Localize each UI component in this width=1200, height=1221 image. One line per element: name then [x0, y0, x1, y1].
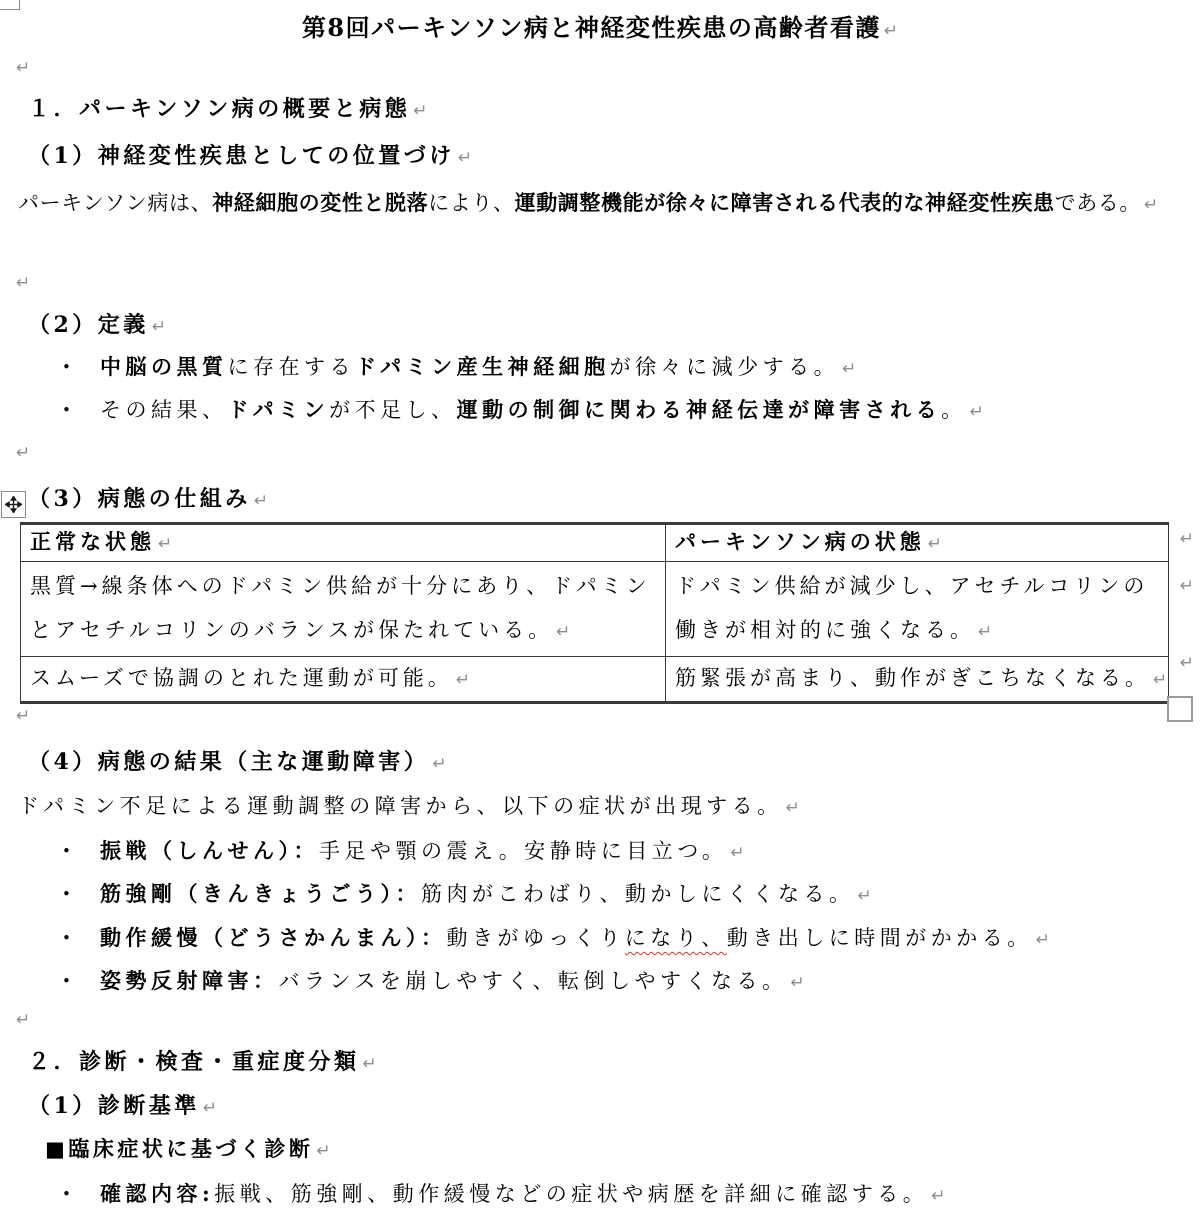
pilcrow-icon: ↵	[16, 1010, 30, 1030]
empty-paragraph[interactable]: ↵	[16, 58, 30, 78]
cell-parkinson-mechanism[interactable]: ドパミン供給が減少し、アセチルコリンの 働きが相対的に強くなる。↵	[666, 562, 1169, 657]
empty-paragraph[interactable]: ↵	[16, 273, 30, 293]
spellcheck-underline: になり、	[625, 926, 727, 950]
pilcrow-icon: ↵	[931, 1186, 945, 1206]
pilcrow-icon: ↵	[158, 534, 172, 554]
table-resize-handle[interactable]	[1167, 696, 1193, 722]
confirmation-bullet[interactable]: •確認内容:振戦、筋強剛、動作緩慢などの症状や病歴を詳細に確認する。↵	[62, 1178, 946, 1208]
pilcrow-icon: ↵	[786, 798, 800, 818]
pilcrow-icon: ↵	[1036, 930, 1050, 950]
table-row: スムーズで協調のとれた運動が可能。↵ 筋緊張が高まり、動作がぎこちなくなる。↵	[21, 657, 1169, 703]
pilcrow-icon: ↵	[730, 843, 744, 863]
bullet-icon: •	[62, 885, 100, 903]
pathology-table: 正常な状態↵ パーキンソン病の状態↵ 黒質→線条体へのドパミン供給が十分にあり、…	[20, 522, 1169, 704]
document-page: 第8回パーキンソン病と神経変性疾患の高齢者看護↵ ↵ １．パーキンソン病の概要と…	[0, 0, 1200, 1221]
pilcrow-icon: ↵	[254, 491, 268, 511]
table-row: 黒質→線条体へのドパミン供給が十分にあり、ドパミン とアセチルコリンのバランスが…	[21, 562, 1169, 657]
pathology-table-zone: 正常な状態↵ パーキンソン病の状態↵ 黒質→線条体へのドパミン供給が十分にあり、…	[20, 522, 1168, 704]
pilcrow-icon: ↵	[970, 402, 984, 422]
symptom-intro[interactable]: ドパミン不足による運動調整の障害から、以下の症状が出現する。↵	[18, 790, 800, 820]
empty-paragraph[interactable]: ↵	[16, 706, 30, 726]
bullet-icon: •	[62, 842, 100, 860]
move-arrows-icon	[5, 496, 22, 513]
pilcrow-icon: ↵	[152, 317, 166, 337]
pilcrow-icon: ↵	[16, 58, 30, 78]
symptom-bullet-postural[interactable]: •姿勢反射障害：バランスを崩しやすく、転倒しやすくなる。↵	[62, 965, 805, 995]
pilcrow-icon: ↵	[978, 622, 992, 642]
document-title-text: 第8回パーキンソン病と神経変性疾患の高齢者看護	[302, 13, 881, 42]
symptom-bullet-bradykinesia[interactable]: •動作緩慢（どうさかんまん）：動きがゆっくりになり、動き出しに時間がかかる。↵	[62, 922, 1050, 952]
symptom-bullet-rigidity[interactable]: •筋強剛（きんきょうごう）：筋肉がこわばり、動かしにくくなる。↵	[62, 878, 872, 908]
pilcrow-icon: ↵	[203, 1098, 217, 1118]
bullet-icon: •	[62, 401, 100, 419]
section1-sub1-heading[interactable]: （1）神経変性疾患としての位置づけ↵	[28, 139, 472, 170]
empty-paragraph[interactable]: ↵	[16, 1010, 30, 1030]
pilcrow-icon: ↵	[928, 534, 942, 554]
pilcrow-icon: ↵	[16, 706, 30, 726]
table-header-normal[interactable]: 正常な状態↵	[21, 524, 666, 562]
cell-normal-mechanism[interactable]: 黒質→線条体へのドパミン供給が十分にあり、ドパミン とアセチルコリンのバランスが…	[21, 562, 666, 657]
pilcrow-icon: ↵	[1180, 653, 1194, 673]
pilcrow-icon: ↵	[432, 754, 446, 774]
pilcrow-icon: ↵	[363, 1054, 377, 1074]
intro-paragraph[interactable]: パーキンソン病は、神経細胞の変性と脱落により、運動調整機能が徐々に障害される代表…	[18, 181, 1188, 227]
pilcrow-icon: ↵	[16, 443, 30, 463]
bullet-icon: •	[62, 358, 100, 376]
bullet-icon: •	[62, 929, 100, 947]
pilcrow-icon: ↵	[1153, 670, 1167, 690]
table-header-row: 正常な状態↵ パーキンソン病の状態↵	[21, 524, 1169, 562]
pilcrow-icon: ↵	[16, 273, 30, 293]
pilcrow-icon: ↵	[1144, 195, 1158, 215]
section1-heading[interactable]: １．パーキンソン病の概要と病態↵	[28, 92, 428, 123]
section1-sub2-heading[interactable]: （2）定義↵	[28, 308, 166, 339]
empty-paragraph[interactable]: ↵	[16, 443, 30, 463]
table-header-parkinson[interactable]: パーキンソン病の状態↵	[666, 524, 1169, 562]
pilcrow-icon: ↵	[1180, 576, 1194, 596]
cell-parkinson-result[interactable]: 筋緊張が高まり、動作がぎこちなくなる。↵	[666, 657, 1169, 703]
pilcrow-icon: ↵	[842, 359, 856, 379]
bullet-icon: •	[62, 972, 100, 990]
definition-bullet-1[interactable]: •中脳の黒質に存在するドパミン産生神経細胞が徐々に減少する。↵	[62, 351, 856, 381]
pilcrow-icon: ↵	[413, 101, 427, 121]
section2-sub1-heading[interactable]: （1）診断基準↵	[28, 1089, 217, 1120]
pilcrow-icon: ↵	[884, 21, 898, 41]
pilcrow-icon: ↵	[1180, 529, 1194, 549]
pilcrow-icon: ↵	[456, 670, 470, 690]
table-move-handle[interactable]	[1, 491, 26, 518]
section1-sub3-heading[interactable]: （3）病態の仕組み↵	[28, 482, 268, 513]
pilcrow-icon: ↵	[316, 1141, 330, 1161]
pilcrow-icon: ↵	[458, 148, 472, 168]
pilcrow-icon: ↵	[556, 622, 570, 642]
pilcrow-icon: ↵	[858, 886, 872, 906]
section1-sub4-heading[interactable]: （4）病態の結果（主な運動障害）↵	[28, 745, 447, 776]
pilcrow-icon: ↵	[790, 973, 804, 993]
section2-heading[interactable]: ２．診断・検査・重症度分類↵	[28, 1045, 377, 1076]
bullet-icon: •	[62, 1185, 100, 1203]
clinical-diagnosis-heading[interactable]: ■臨床症状に基づく診断↵	[45, 1133, 331, 1163]
symptom-bullet-tremor[interactable]: •振戦（しんせん）：手足や顎の震え。安静時に目立つ。↵	[62, 835, 745, 865]
definition-bullet-2[interactable]: •その結果、ドパミンが不足し、運動の制御に関わる神経伝達が障害される。↵	[62, 394, 984, 424]
cell-normal-result[interactable]: スムーズで協調のとれた運動が可能。↵	[21, 657, 666, 703]
document-title[interactable]: 第8回パーキンソン病と神経変性疾患の高齢者看護↵	[0, 8, 1200, 43]
